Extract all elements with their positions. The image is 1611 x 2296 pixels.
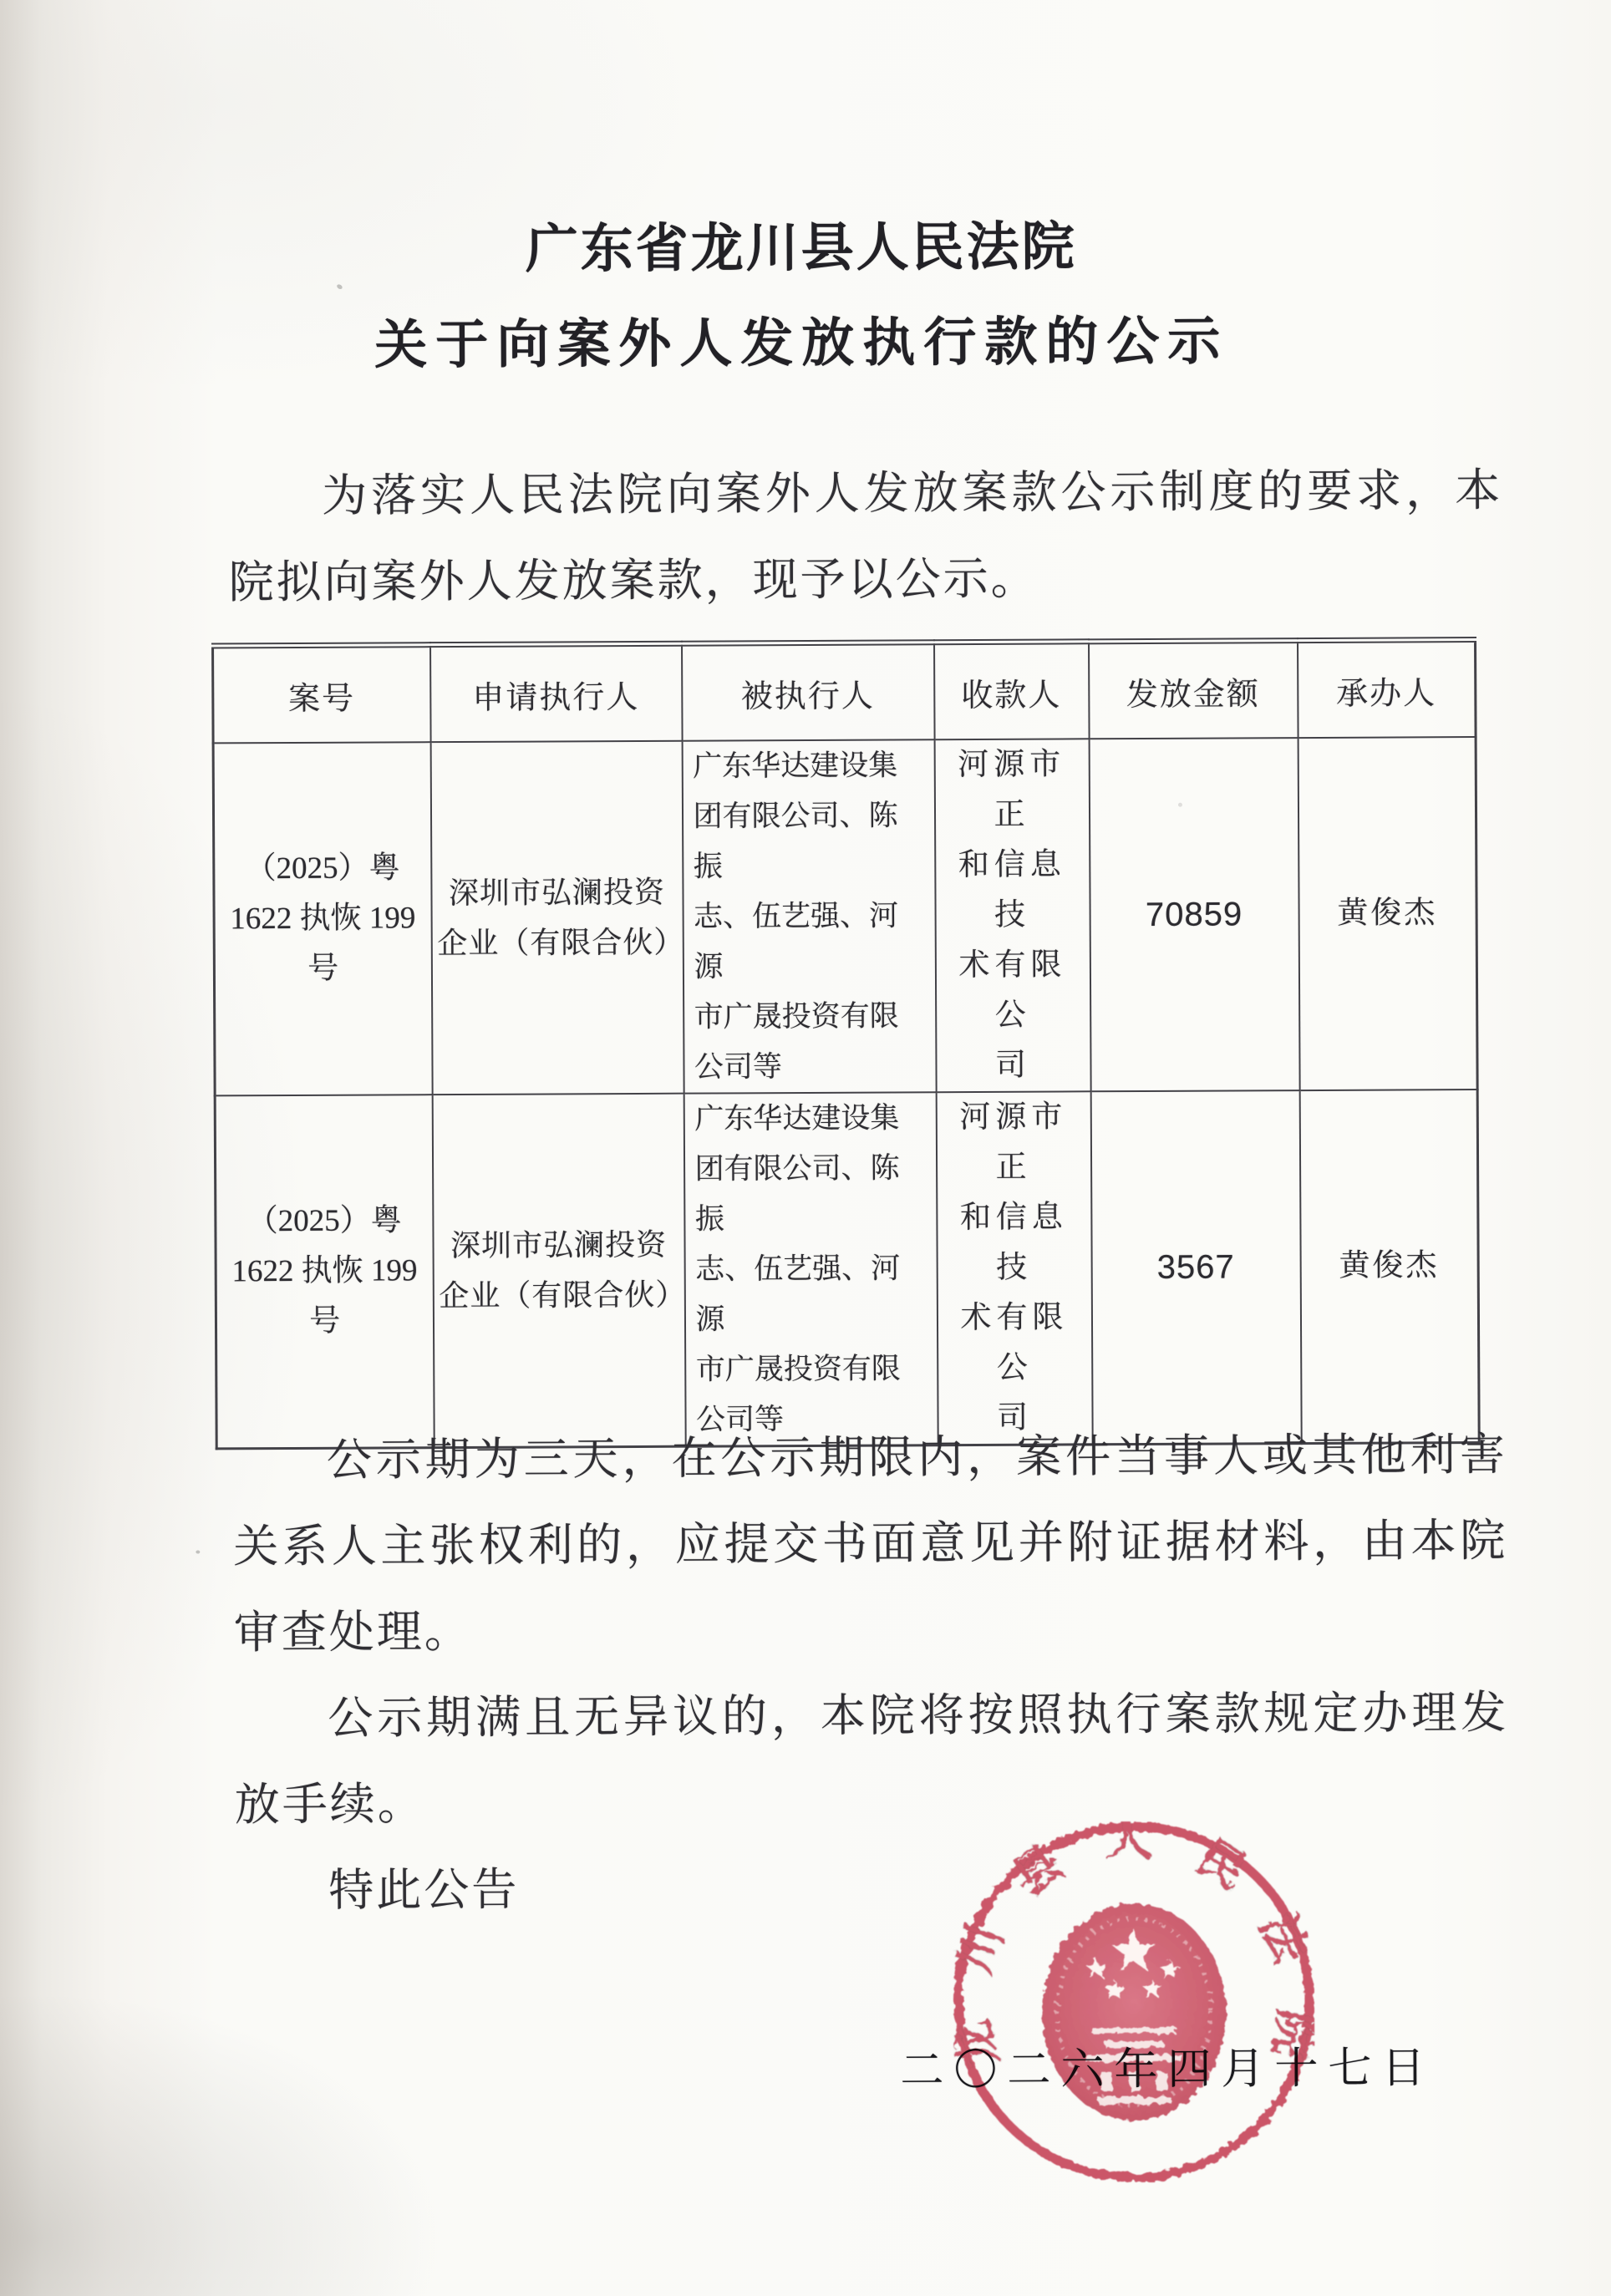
payee-cell: 河源市正 和信息技 术有限公 司 [934,739,1090,1092]
payee-cell: 河源市正 和信息技 术有限公 司 [936,1091,1092,1445]
amount-cell: 3567 [1090,1090,1301,1445]
scan-speck [196,1551,200,1554]
applicant-cell: 深圳市弘澜投资 企业（有限合伙） [430,741,684,1095]
col-header-case-number: 案号 [213,645,431,744]
table-row: （2025）粤 1622 执恢 199 号 深圳市弘澜投资 企业（有限合伙） 广… [213,737,1477,1095]
national-emblem-icon [1041,1903,1226,2121]
table-row: （2025）粤 1622 执恢 199 号 深圳市弘澜投资 企业（有限合伙） 广… [215,1090,1479,1449]
applicant-cell: 深圳市弘澜投资 企业（有限合伙） [432,1094,685,1448]
court-seal: 龙川县人民法院 [953,1821,1315,2183]
court-seal-graphic: 龙川县人民法院 [953,1821,1315,2183]
respondent-cell: 广东华达建设集 团有限公司、陈振 志、伍艺强、河源 市广晟投资有限 公司等 [684,1092,938,1446]
scan-speck [1178,803,1182,807]
handler-cell: 黄俊杰 [1299,1090,1479,1444]
court-name-title: 广东省龙川县人民法院 [0,201,1607,285]
procedure-paragraph: 公示期满且无异议的，本院将按照执行案款规定办理发放手续。 [234,1670,1509,1848]
publicity-period-paragraph: 公示期为三天，在公示期限内，案件当事人或其他利害关系人主张权利的，应提交书面意见… [233,1412,1508,1676]
scanned-document-page: 广东省龙川县人民法院 关于向案外人发放执行款的公示 为落实人民法院向案外人发放案… [0,0,1611,2296]
intro-paragraph: 为落实人民法院向案外人发放案款公示制度的要求，本院拟向案外人发放案款，现予以公示… [228,448,1503,626]
col-header-handler: 承办人 [1298,640,1476,739]
closing-line: 特此公告 [235,1842,1509,1934]
announcement-title: 关于向案外人发放执行款的公示 [0,297,1607,380]
amount-cell: 70859 [1089,738,1299,1091]
respondent-cell: 广东华达建设集 团有限公司、陈振 志、伍艺强、河源 市广晟投资有限 公司等 [682,739,936,1093]
scan-speck [336,283,343,290]
body-paragraphs: 公示期为三天，在公示期限内，案件当事人或其他利害关系人主张权利的，应提交书面意见… [233,1412,1510,1934]
handler-cell: 黄俊杰 [1298,737,1477,1090]
case-number-cell: （2025）粤 1622 执恢 199 号 [213,742,432,1095]
case-number-cell: （2025）粤 1622 执恢 199 号 [215,1095,434,1449]
col-header-applicant: 申请执行人 [430,643,683,742]
col-header-respondent: 被执行人 [682,643,935,741]
table-header-row: 案号 申请执行人 被执行人 收款人 发放金额 承办人 [213,640,1476,744]
col-header-amount: 发放金额 [1089,641,1298,739]
col-header-payee: 收款人 [934,642,1090,739]
document-content: 广东省龙川县人民法院 关于向案外人发放执行款的公示 为落实人民法院向案外人发放案… [0,0,1611,2296]
fund-distribution-table: 案号 申请执行人 被执行人 收款人 发放金额 承办人 （2025）粤 1622 … [211,637,1481,1450]
